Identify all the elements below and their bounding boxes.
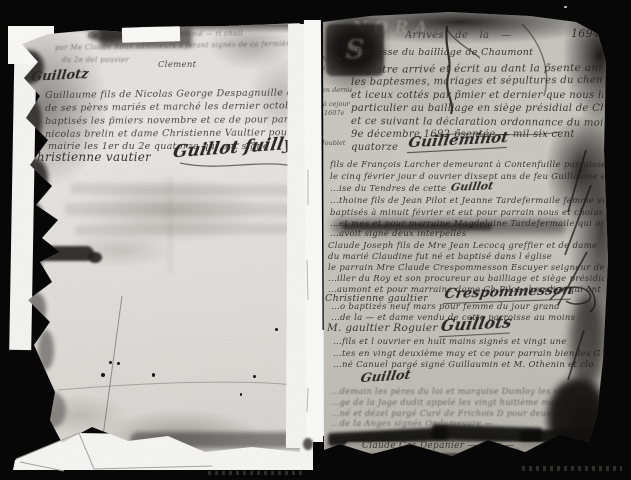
signer-name: M. gaultier Roguier — [327, 322, 438, 334]
handwriting-line: ...né Canuel pargé signé Guillaumin et M… — [333, 360, 601, 370]
signature-registre: Guilleminot — [407, 128, 510, 153]
torn-finger-fragment — [88, 252, 102, 263]
handwriting-line: de ses pères mariés et marché les dernie… — [45, 100, 297, 114]
bleedthrough-band — [65, 203, 295, 216]
margin-note: en dernier — [322, 86, 352, 94]
signature-troisieme: Guillots — [439, 312, 514, 337]
handwriting-line: et iceux cottés par p̃mier et dernier qu… — [351, 90, 603, 101]
signature-lecocq: Crespommesson — [443, 282, 574, 305]
handwriting-line: du marié Claudine fut né et baptisé dans… — [328, 252, 604, 262]
margin-note: i · 60 — [323, 64, 349, 72]
margin-note: 1607e — [324, 109, 350, 117]
margin-note: Joublet — [322, 139, 352, 147]
signer-name: christienne vautier — [30, 150, 151, 164]
ink-spot — [109, 361, 112, 364]
bleedthrough-band — [75, 223, 290, 236]
handwriting-line: baptisés à minuit février et eut pour pa… — [330, 208, 604, 218]
handwriting-line: Registre arrivé et écrit au dant la p̃se… — [351, 62, 603, 76]
handwriting-line: ...tes en vingt deuxième may et ce pour … — [333, 349, 601, 359]
handwriting-line: le parrain Mre Claude Crespommesson Escu… — [328, 263, 604, 273]
handwriting-line: quatorze — [351, 142, 398, 153]
handwriting-line: Claude Joseph fils de Mre Jean Lecocq gr… — [328, 241, 604, 251]
scanned-register-spread: Ce jour p̃mier — aussi nommé — ri chuil … — [0, 0, 631, 480]
signature-larcher: Guillot — [450, 180, 495, 196]
ink-spot — [253, 375, 256, 378]
ink-spot — [275, 328, 278, 331]
torn-strip — [395, 452, 435, 462]
handwriting-line: du 2e del pauvier — [62, 56, 157, 64]
bleedthrough-band — [70, 183, 295, 196]
damage-blob — [548, 378, 606, 456]
torn-strip — [470, 450, 520, 462]
handwriting-line: ...thoine fils de Jean Pilot et Jeanne T… — [330, 196, 604, 206]
ink-spot — [240, 393, 242, 396]
handwriting-line: fils de François Larcher demeurant à Con… — [330, 160, 604, 170]
ink-spot — [101, 373, 105, 377]
handwriting-line: et ce suivant la déclaration ordonnance … — [351, 116, 603, 129]
bottom-line: Claude Cas Dépanier — père — — [362, 441, 572, 451]
gutter-strip-right — [304, 20, 323, 442]
heading-word: Clement — [158, 60, 196, 70]
damage-blob — [570, 295, 604, 390]
dust-speck — [564, 6, 567, 8]
margin-note: fertés — [322, 55, 348, 63]
scanner-speckle — [522, 466, 622, 471]
handwriting-line: baptisés les p̃miers novembre et ce de p… — [45, 114, 297, 127]
year-label: 1694 — [571, 27, 600, 40]
ink-spot — [117, 362, 120, 365]
scanner-speckle — [208, 471, 303, 475]
margin-signature: Guillotz — [30, 67, 89, 86]
handwriting-line: ...o baptizés neuf mars pour femme du jo… — [331, 302, 601, 312]
torn-finger-fragment — [36, 246, 94, 261]
handwriting-line: ...fils et l ouvrier en huit mains signé… — [333, 337, 601, 347]
gutter-bottom-notch — [303, 438, 313, 450]
vertical-streak — [168, 176, 172, 274]
signature-quatrieme: Guillot — [359, 368, 412, 388]
handwriting-line: les baptesmes, mariages et sépultures du… — [351, 75, 603, 88]
handwriting-line: particulier au bailliage en siège présid… — [351, 103, 603, 114]
handwriting-line: par Me Claude Roux admineurs a ferant si… — [55, 40, 293, 52]
ink-spot — [152, 373, 155, 377]
ink-smear-core — [342, 223, 492, 230]
handwriting-line: ...ise du Tendres de cette petite — [330, 184, 450, 194]
page-subtitle: Paroisse du bailliage de Chaumont — [356, 47, 533, 58]
edge-stain — [38, 330, 54, 370]
edge-stain — [40, 392, 66, 428]
margin-note: à cejour — [323, 100, 351, 108]
repair-tab — [122, 26, 180, 43]
page-title: Arrivés de la — — [405, 30, 511, 41]
handwriting-line: Guillaume fils de Nicolas George Despagn… — [45, 87, 297, 101]
